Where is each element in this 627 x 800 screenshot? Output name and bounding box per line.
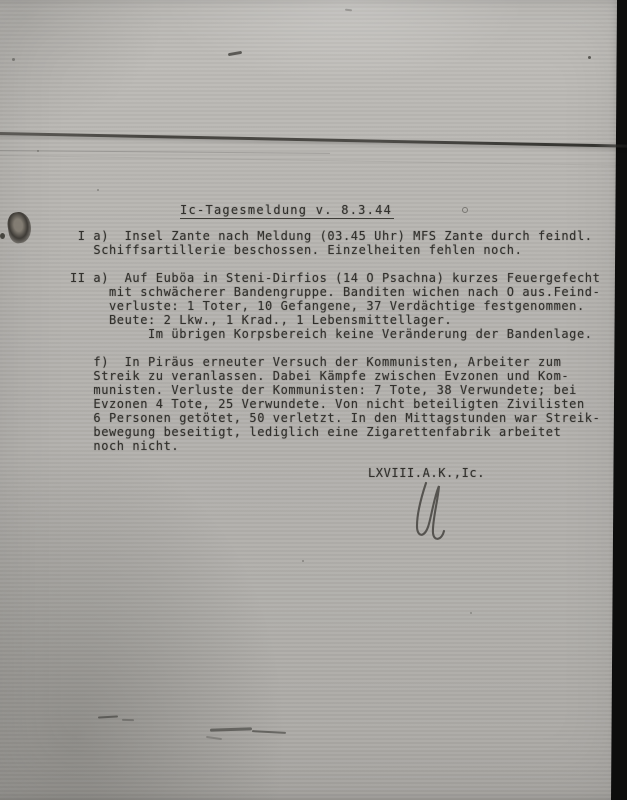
- scratch-mark: [122, 719, 134, 721]
- report-title: Ic-Tagesmeldung v. 8.3.44: [180, 203, 394, 219]
- paper-speck: [97, 189, 99, 191]
- paper-speck: [12, 58, 15, 61]
- ink-dot: [0, 233, 5, 239]
- report-body-text: I a) Insel Zante nach Meldung (03.45 Uhr…: [70, 229, 600, 453]
- paper-speck: [302, 560, 304, 562]
- paper-speck: [470, 612, 472, 614]
- scanned-report-page: Ic-Tagesmeldung v. 8.3.44 I a) Insel Zan…: [0, 0, 627, 800]
- handwritten-initials: [404, 480, 452, 550]
- paper-speck: [588, 56, 591, 59]
- unit-signature-line: LXVIII.A.K.,Ic.: [368, 466, 485, 480]
- title-ornament-speck: [462, 207, 468, 213]
- paper-speck: [37, 150, 39, 152]
